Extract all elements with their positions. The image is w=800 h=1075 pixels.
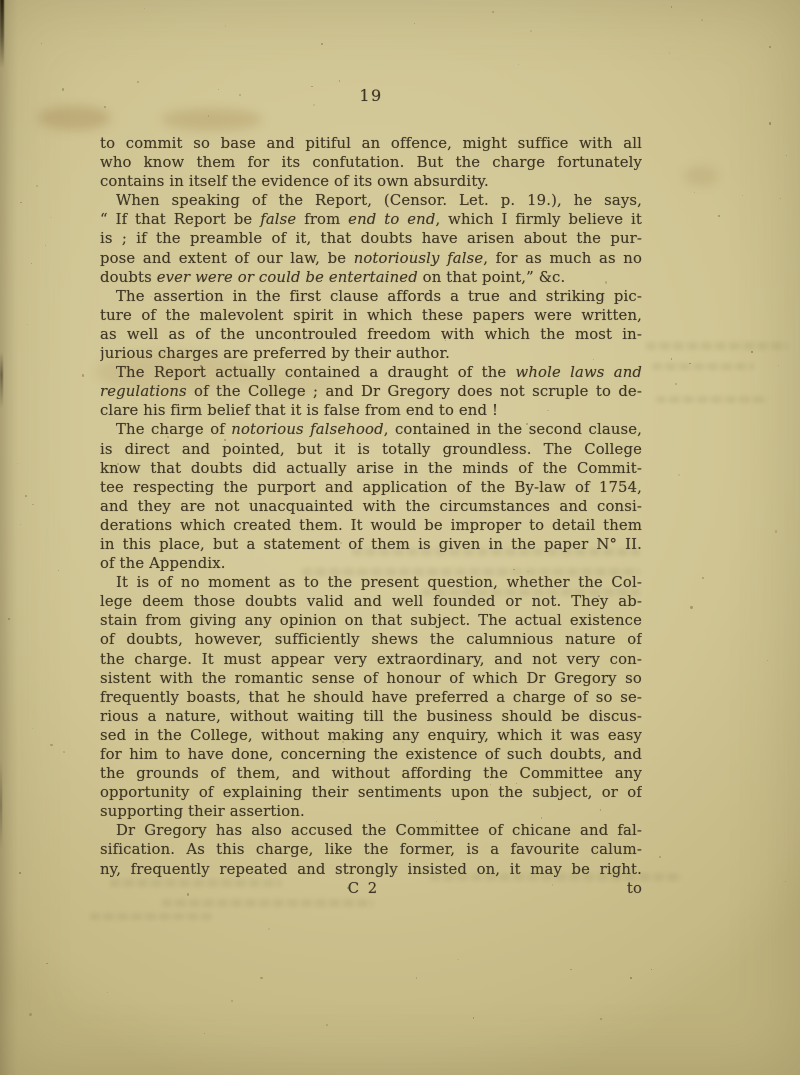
text-line: clare his firm belief that it is false f… [100,401,642,420]
paper-speck [702,577,704,579]
paper-speck [742,195,743,196]
text-line: rious a nature, without waiting till the… [100,707,642,726]
paper-speck [260,977,262,979]
foxing-stain [684,166,718,186]
paper-speck [137,81,139,83]
text-line: When speaking of the Report, (Censor. Le… [100,191,642,210]
paper-speck [36,185,38,187]
paper-speck [630,977,632,979]
paper-speck [780,198,781,199]
paper-speck [50,744,52,746]
paper-speck [530,30,532,32]
text-line: of the Appendix. [100,554,642,573]
paper-speck [718,215,720,217]
paper-speck [231,1000,233,1002]
paper-speck [321,43,323,45]
text-line: jurious charges are preferred by their a… [100,344,642,363]
page-edge-dark-sliver [0,352,3,408]
text-line: and they are not unacquainted with the c… [100,497,642,516]
paper-speck [669,52,670,53]
paper-speck [32,504,34,506]
paper-speck [690,606,692,608]
text-line: derations which created them. It would b… [100,516,642,535]
foxing-stain [38,106,110,130]
show-through-text [656,396,768,403]
text-line: doubts ever were or could be entertained… [100,268,642,287]
text-line: tee respecting the purport and applicati… [100,478,642,497]
paper-speck [107,992,109,994]
scanned-page: 19 to commit so base and pitiful an offe… [0,0,800,1075]
text-line: ture of the malevolent spirit in which t… [100,306,642,325]
paper-speck [694,192,696,194]
signature-line: C 2 to [100,879,642,898]
paper-speck [326,1024,328,1026]
paper-speck [46,963,48,965]
paper-speck [767,660,769,662]
text-line: ny, frequently repeated and strongly ins… [100,860,642,879]
text-line: regulations of the College ; and Dr Greg… [100,382,642,401]
paper-speck [671,358,672,359]
foxing-stain [162,109,262,130]
show-through-text [652,363,754,370]
text-line: know that doubts did actually arise in t… [100,459,642,478]
paper-speck [678,474,680,476]
page-number: 19 [100,86,642,105]
paper-speck [785,881,786,882]
show-through-text [162,899,374,907]
paper-speck [778,365,779,366]
text-line: the charge. It must appear very extraord… [100,650,642,669]
text-line: lege deem those doubts valid and well fo… [100,592,642,611]
text-line: pose and extent of our law, be notorious… [100,249,642,268]
paper-speck [20,524,21,525]
paper-speck [492,11,493,12]
text-line: The Report actually contained a draught … [100,363,642,382]
paper-speck [19,872,21,874]
text-line: sification. As this charge, like the for… [100,840,642,859]
paper-speck [31,263,32,264]
paper-speck [786,155,787,156]
text-line: the grounds of them, and without affordi… [100,764,642,783]
paper-speck [769,46,771,48]
paper-speck [268,928,270,930]
paper-speck [414,23,415,24]
paper-speck [675,383,677,385]
paper-speck [27,324,28,325]
text-line: of doubts, however, sufficiently shews t… [100,630,642,649]
text-line: as well as of the uncontrouled freedom w… [100,325,642,344]
paper-speck [82,374,84,376]
page-edge-dark-sliver [0,0,4,68]
paper-speck [600,1018,602,1020]
paper-speck [63,751,65,753]
text-line: supporting their assertion. [100,802,642,821]
paper-speck [20,202,21,203]
paper-speck [473,1017,474,1018]
paper-speck [457,959,459,961]
text-line: who know them for its confutation. But t… [100,153,642,172]
paper-speck [751,351,752,352]
text-line: is direct and pointed, but it is totally… [100,440,642,459]
text-line: sistent with the romantic sense of honou… [100,669,642,688]
text-column: to commit so base and pitiful an offence… [100,134,642,898]
paper-speck [104,106,106,108]
text-line: for him to have done, concerning the exi… [100,745,642,764]
paper-speck [58,570,59,571]
show-through-text [90,913,212,920]
gutter-shadow [0,0,18,1075]
paper-speck [144,8,145,9]
paper-speck [32,728,33,729]
text-line: Dr Gregory has also accused the Committe… [100,821,642,840]
text-line: contains in itself the evidence of its o… [100,172,642,191]
catchword: to [627,879,642,898]
paper-speck [29,1013,32,1016]
paper-speck [570,969,571,970]
text-line: It is of no moment as to the present que… [100,573,642,592]
paper-speck [416,977,418,979]
text-line: “ If that Report be false from end to en… [100,210,642,229]
text-line: sed in the College, without making any e… [100,726,642,745]
text-line: in this place, but a statement of them i… [100,535,642,554]
text-line: The assertion in the first clause afford… [100,287,642,306]
text-line: stain from giving any opinion on that su… [100,611,642,630]
show-through-text [646,342,788,350]
paper-speck [518,64,519,65]
paper-speck [225,25,226,26]
paper-speck [659,856,661,858]
text-line: frequently boasts, that he should have p… [100,688,642,707]
paper-speck [50,217,51,218]
paper-speck [651,969,652,970]
page-edge-dark-sliver [0,760,2,850]
text-line: The charge of notorious falsehood, conta… [100,420,642,439]
paper-speck [769,122,772,125]
paper-speck [701,19,703,21]
paper-speck [25,495,27,497]
paper-speck [671,6,672,7]
text-line: is ; if the preamble of it, that doubts … [100,229,642,248]
text-line: to commit so base and pitiful an offence… [100,134,642,153]
paper-speck [41,43,42,44]
paper-speck [62,88,65,91]
paper-speck [339,80,340,81]
paper-speck [204,1033,205,1034]
paper-speck [45,245,46,246]
text-line: opportunity of explaining their sentimen… [100,783,642,802]
paper-speck [775,530,777,532]
signature-mark: C 2 [348,879,379,898]
